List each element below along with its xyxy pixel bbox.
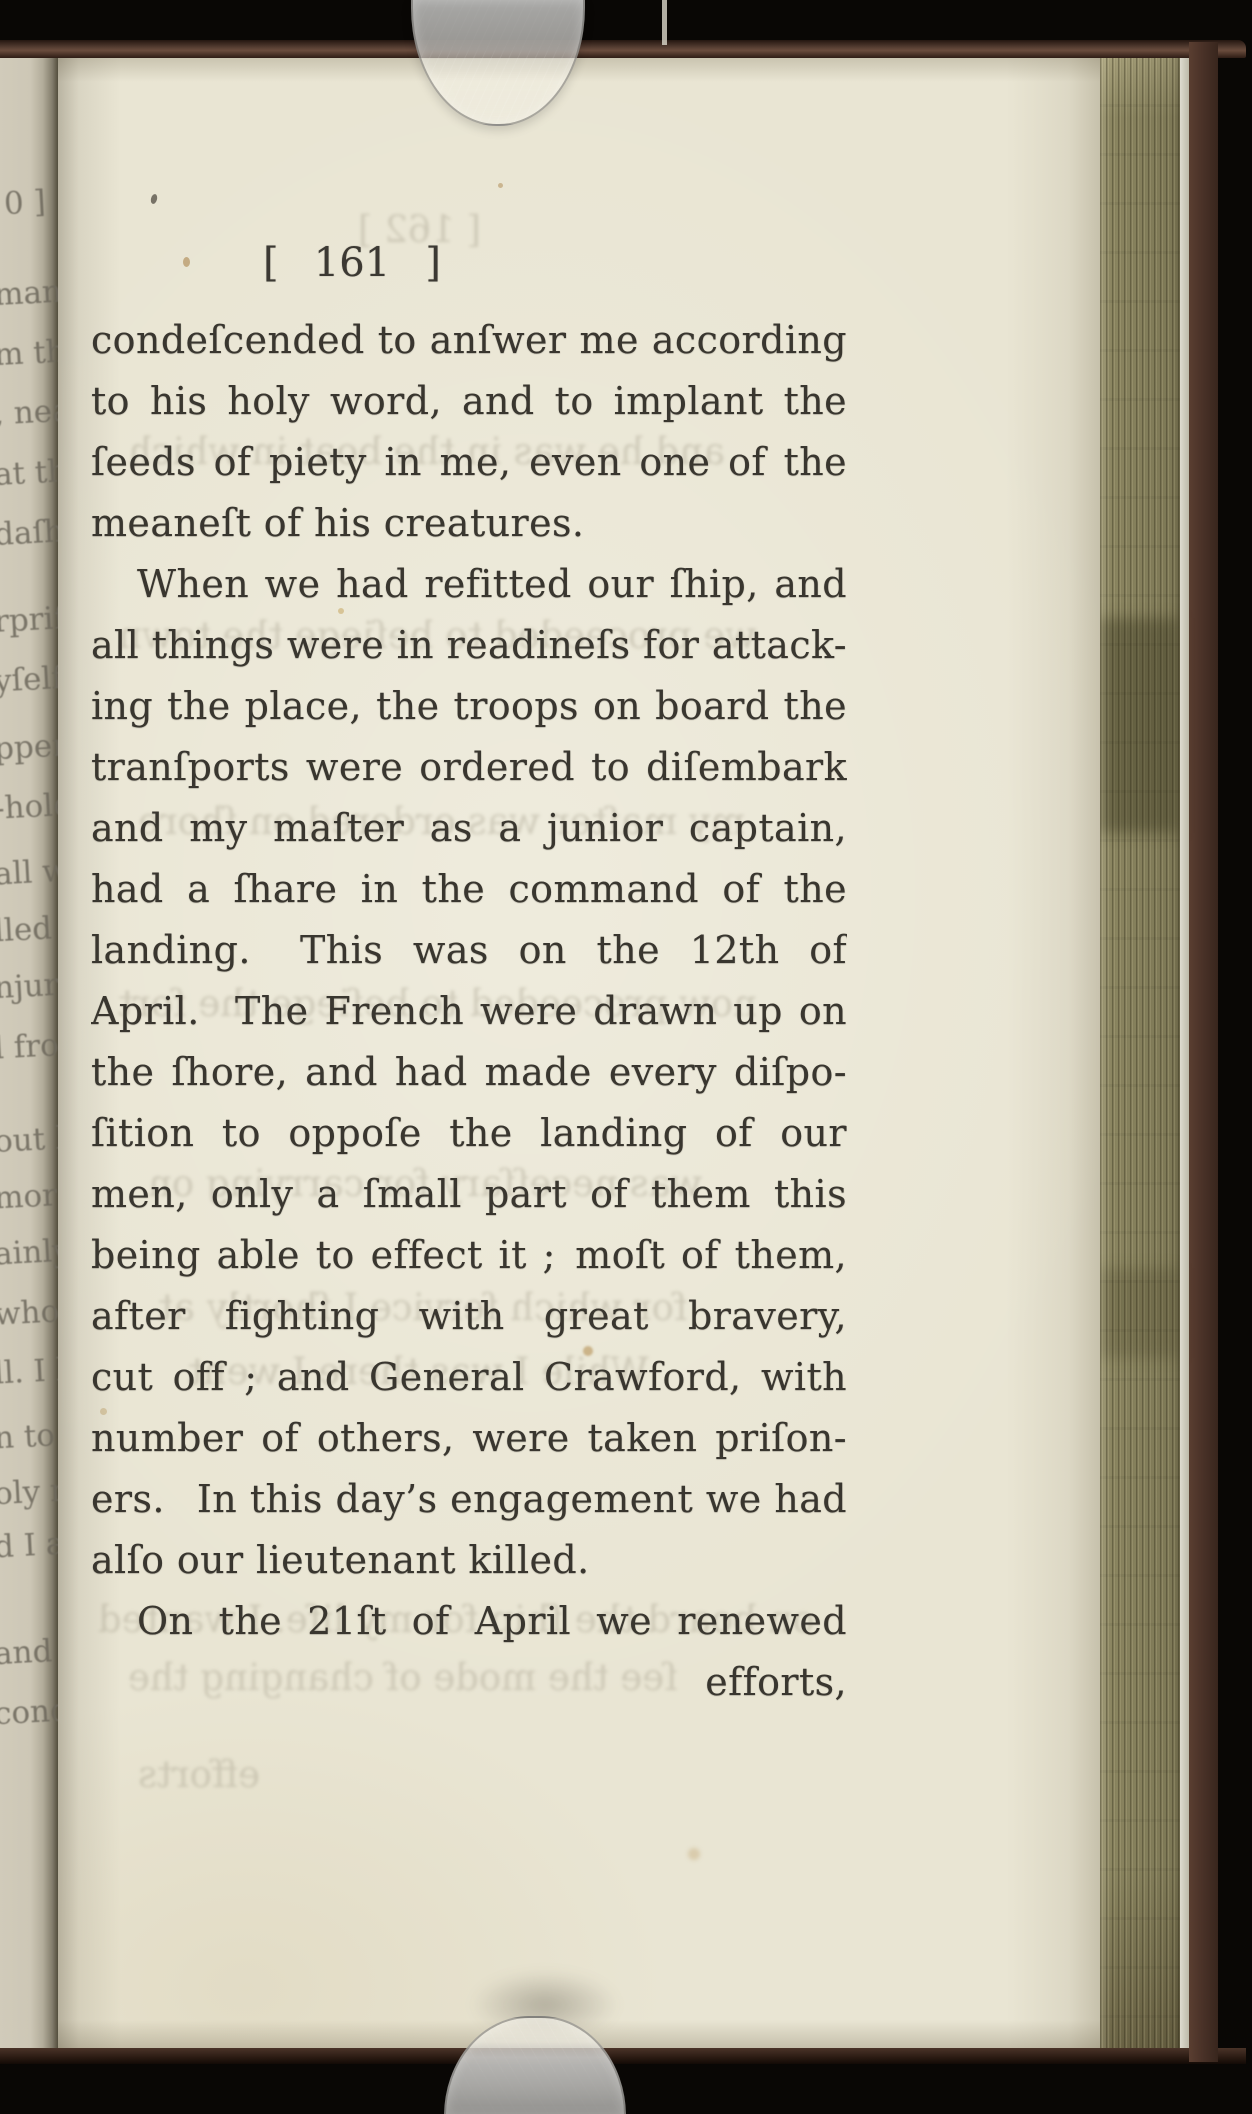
left-page-text-fragment: , near th (0, 390, 58, 433)
showthrough-text: [ 162 ] (358, 208, 481, 251)
left-page-text-fragment: yſelf one (0, 656, 58, 699)
text-line: had a ſhare in the command of the (91, 859, 847, 920)
text-line: number of others, were taken priſon- (91, 1408, 847, 1469)
stain (183, 257, 190, 267)
text-line: On the 21ſt of April we renewed our (91, 1591, 847, 1652)
text-line: meaneſt of his creatures. (91, 493, 847, 554)
left-page-sliver: 0 ]man, withm the upp, near that the mod… (0, 58, 58, 2048)
left-page-text-fragment: out being (0, 1116, 58, 1160)
text-line: alſo our lieutenant killed. (91, 1530, 847, 1591)
text-line: tranſports were ordered to diſembark ; (91, 737, 847, 798)
left-page-text-fragment: m the upp (0, 329, 58, 373)
text-line: all things were in readineſs for attack- (91, 615, 847, 676)
left-page-text-fragment: all who ſ (0, 850, 58, 893)
left-page-text-fragment: daſhed to (0, 509, 58, 553)
left-page-text-fragment: d I an (0, 1525, 58, 1566)
ink-speck (150, 193, 158, 204)
stain (583, 1346, 593, 1356)
left-page-text-fragment: at the mo (0, 449, 58, 493)
left-page-text-fragment: lled : bu (0, 907, 58, 950)
header-bracket-left: [ (263, 240, 279, 286)
left-page-text-fragment: and gra (0, 1630, 58, 1672)
left-page-text-fragment: rpriſe, na (0, 596, 58, 640)
stain (688, 1848, 700, 1860)
text-line: after fighting with great bravery, were (91, 1286, 847, 1347)
left-page-text-fragment: man, with (0, 269, 58, 313)
stain (338, 608, 344, 614)
text-line: and my maſter as a junior captain, (91, 798, 847, 859)
left-page-text-fragment: more inf (0, 1174, 58, 1217)
left-page-text-fragment: njury. A (0, 964, 58, 1006)
bottom-cover-edge (0, 2048, 1246, 2064)
text-line: cut off ; and General Crawford, with a (91, 1347, 847, 1408)
text-line: ſeeds of piety in me, even one of the (91, 432, 847, 493)
text-line: condeſcended to anſwer me according (91, 310, 847, 371)
left-page-text-fragment: oly nam (0, 1470, 58, 1512)
left-page-text-fragment: -hold, wh (0, 783, 58, 827)
fore-edge-dark-patch (1100, 1268, 1180, 1358)
showthrough-text: efforts (138, 1753, 260, 1796)
right-cover-spine (1189, 42, 1218, 2062)
fore-edge-dark-patch (1100, 618, 1180, 833)
page-block-gap-line (1180, 58, 1189, 2048)
text-line: landing. This was on the 12th of (91, 920, 847, 981)
stain (498, 183, 503, 188)
left-page-text-fragment: whoſe pe (0, 1289, 58, 1332)
text-line: When we had refitted our ſhip, and (91, 554, 847, 615)
left-page-text-fragment: n to him (0, 1414, 58, 1457)
left-page-text-fragment: l from th (0, 1023, 58, 1066)
left-page-text-fragment: condeſc (0, 1690, 58, 1732)
text-line: ers. In this day’s engagement we had (91, 1469, 847, 1530)
text-line: the ſhore, and had made every diſpo- (91, 1042, 847, 1103)
left-page-text-fragment: ainly tru (0, 1230, 58, 1273)
stain (100, 1408, 107, 1415)
fore-edge-page-stack (1100, 58, 1180, 2048)
text-line: efforts, (91, 1652, 847, 1713)
text-line: ſition to oppoſe the landing of our (91, 1103, 847, 1164)
top-cover-edge (0, 40, 1246, 58)
text-line: April. The French were drawn up on (91, 981, 847, 1042)
text-line: men, only a ſmall part of them this day (91, 1164, 847, 1225)
text-line: to his holy word, and to implant the (91, 371, 847, 432)
left-page-text-fragment: pper-deck (0, 723, 58, 767)
main-page: [ 161 ] [ 162 ]and he was in the boat in… (58, 58, 1100, 2048)
left-page-text-fragment: ll. I be (0, 1350, 58, 1391)
white-thread (662, 0, 667, 45)
text-block: condeſcended to anſwer me accordingto hi… (91, 310, 847, 1713)
text-line: ing the place, the troops on board the (91, 676, 847, 737)
book-photograph: 0 ]man, withm the upp, near that the mod… (0, 0, 1252, 2114)
left-page-text-fragment: 0 ] (3, 184, 46, 222)
text-line: being able to effect it ; moſt of them, (91, 1225, 847, 1286)
